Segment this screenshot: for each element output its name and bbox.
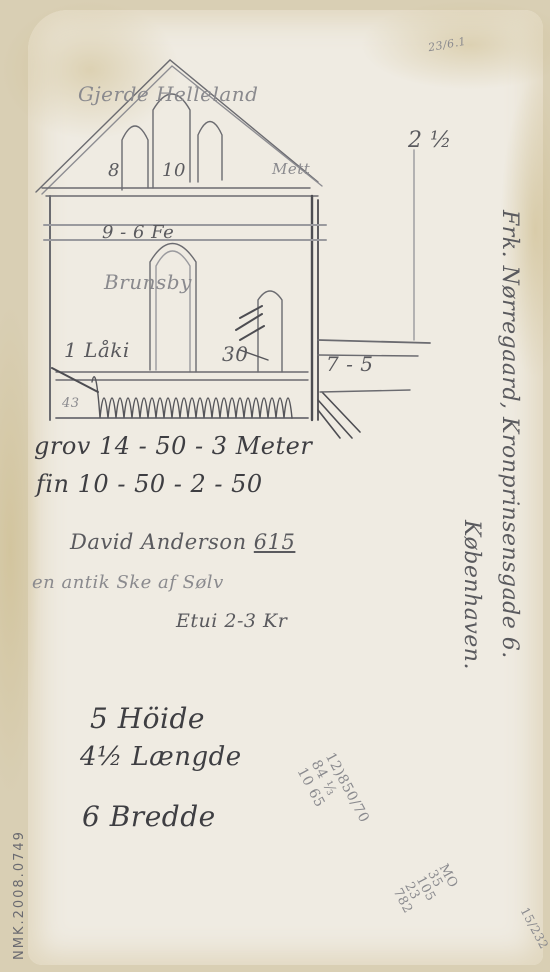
note-line-3: Etui 2-3 Kr bbox=[176, 610, 287, 632]
inventory-number: NMK.2008.0749 bbox=[12, 830, 27, 960]
roof-number-8: 8 bbox=[108, 160, 120, 181]
roof-note: Mett bbox=[272, 160, 310, 178]
price-values: 10 - 50 - 2 - 50 bbox=[78, 470, 263, 498]
vertical-note-city: Københaven. bbox=[459, 520, 484, 670]
note-name: David Anderson bbox=[70, 530, 247, 554]
scanned-sheet: Gjerde Helleland 8 10 Mett 23/6.1 2 ½ 9 … bbox=[0, 0, 550, 972]
dimension-length: 4½ Længde bbox=[80, 742, 242, 772]
lower-number: 30 bbox=[222, 342, 248, 366]
wall-note: 9 - 6 Fe bbox=[102, 222, 174, 243]
price-label: fin bbox=[36, 470, 70, 498]
roof-label: Gjerde Helleland bbox=[78, 82, 258, 106]
side-numbers: 7 - 5 bbox=[326, 352, 373, 376]
note-line-2: en antik Ske af Sølv bbox=[32, 572, 224, 593]
price-label: grov bbox=[34, 432, 91, 460]
note-number: 615 bbox=[254, 530, 296, 554]
roof-number-10: 10 bbox=[162, 160, 186, 181]
note-line-1: David Anderson 615 bbox=[70, 530, 295, 554]
wall-word: Brunsby bbox=[104, 270, 192, 294]
price-values: 14 - 50 - 3 Meter bbox=[99, 432, 312, 460]
top-right-half: 2 ½ bbox=[408, 128, 452, 153]
dimension-height: 5 Höide bbox=[90, 702, 205, 735]
price-line-fine: fin 10 - 50 - 2 - 50 bbox=[36, 470, 263, 498]
corner-number: 43 bbox=[62, 396, 80, 411]
vertical-note-address: Frk. Nørregaard, Kronprinsensgade 6. bbox=[497, 210, 522, 659]
dimension-width: 6 Bredde bbox=[82, 800, 216, 833]
lower-label: 1 Låki bbox=[64, 338, 130, 362]
price-line-coarse: grov 14 - 50 - 3 Meter bbox=[34, 432, 312, 460]
